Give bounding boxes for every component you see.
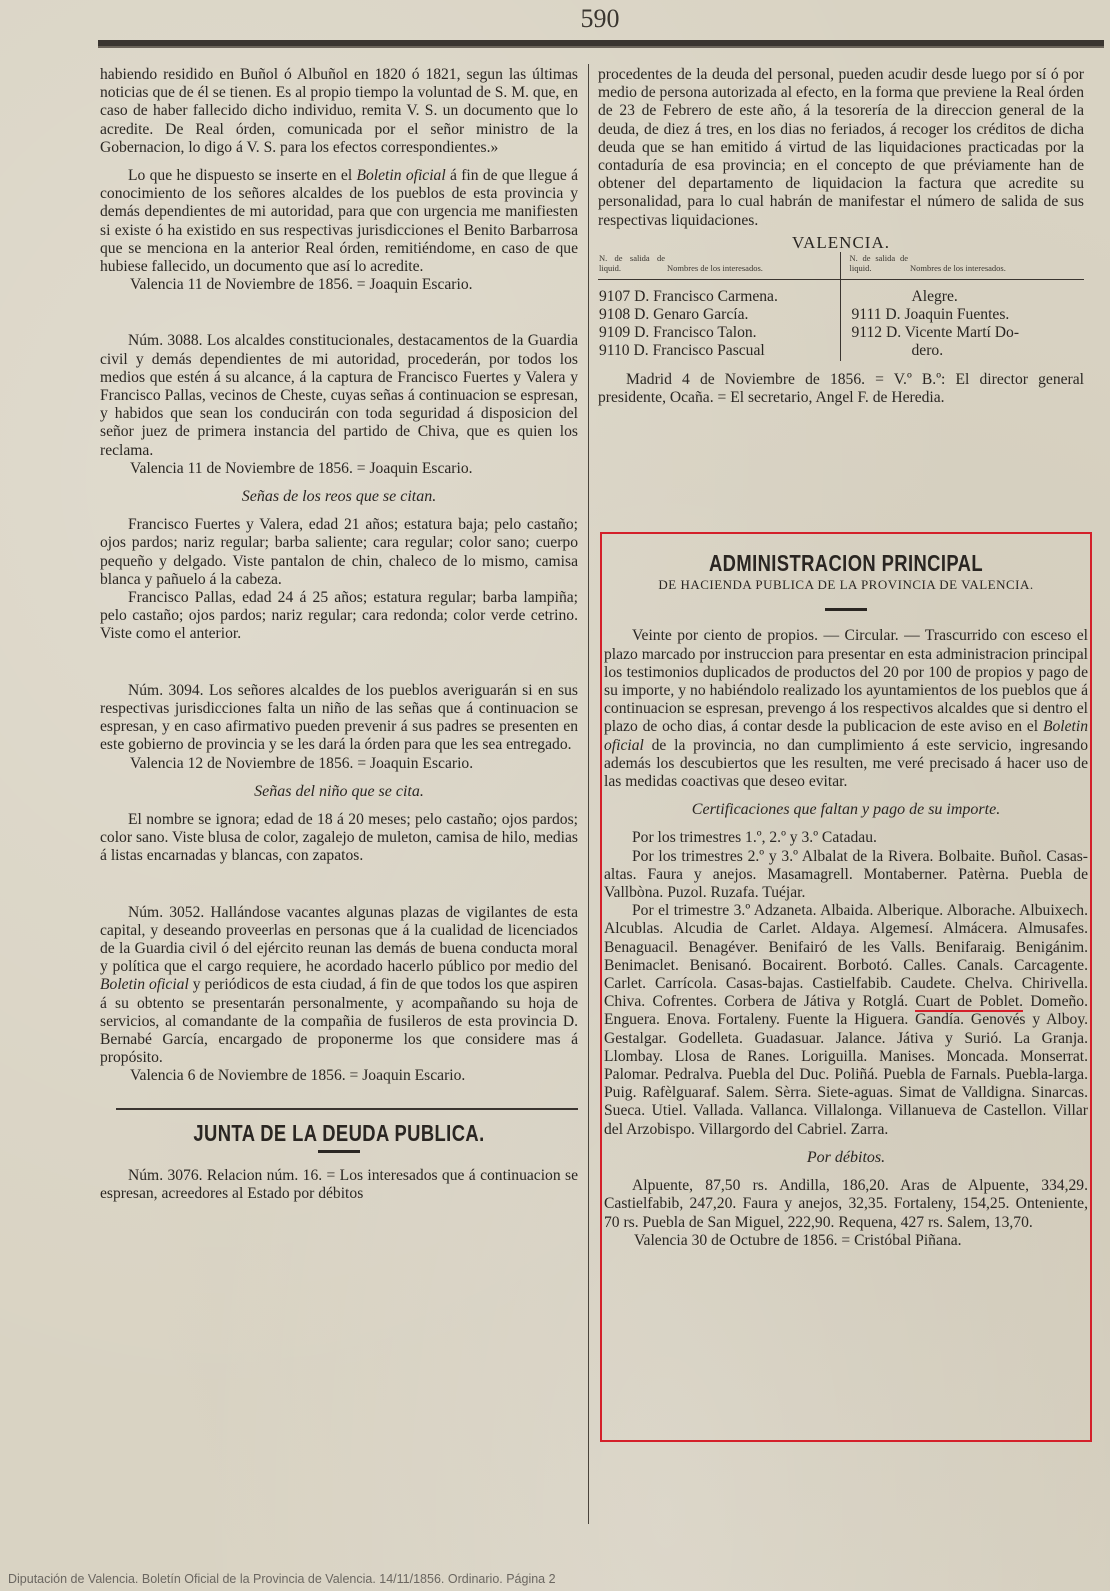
column-divider (588, 64, 589, 1524)
signature-madrid: Madrid 4 de Noviembre de 1856. = V.º B.º… (598, 371, 1084, 407)
section-subtitle: DE HACIENDA PUBLICA DE LA PROVINCIA DE V… (604, 576, 1088, 594)
table-header: N. de salida de liquid. (598, 252, 666, 280)
signature-line: Valencia 6 de Noviembre de 1856. = Joaqu… (100, 1067, 578, 1085)
signature-line: Valencia 30 de Octubre de 1856. = Cristó… (604, 1232, 1088, 1250)
signature-line: Valencia 12 de Noviembre de 1856. = Joaq… (100, 755, 578, 773)
title-underline (825, 608, 867, 611)
description-reo-1: Francisco Fuertes y Valera, edad 21 años… (100, 516, 578, 589)
table-row: 9110 D. Francisco Pascual (599, 342, 839, 360)
city-heading: VALENCIA. (598, 234, 1084, 252)
description-nino: El nombre se ignora; edad de 18 á 20 mes… (100, 811, 578, 866)
trimestres-2-3: Por los trimestres 2.º y 3.º Albalat de … (604, 848, 1088, 903)
title-underline (318, 1150, 360, 1153)
left-column: habiendo residido en Buñol ó Albuñol en … (100, 66, 578, 1203)
section-divider (116, 1108, 578, 1110)
table-header: Nombres de los interesados. (666, 252, 841, 280)
signature-line: Valencia 11 de Noviembre de 1856. = Joaq… (100, 460, 578, 478)
table-header: Nombres de los interesados. (909, 252, 1084, 280)
table-row: 9107 D. Francisco Carmena. (599, 288, 839, 306)
table-row: 9112 D. Vicente Martí Do- (851, 324, 1083, 342)
table-row: 9108 D. Genaro García. (599, 306, 839, 324)
section-title-administracion: ADMINISTRACION PRINCIPAL (652, 554, 1039, 572)
table-row: Alegre. (851, 288, 1083, 306)
paragraph-boletin: Lo que he dispuesto se inserte en el Bol… (100, 167, 578, 276)
paragraph-continuation: procedentes de la deuda del personal, pu… (598, 66, 1084, 230)
notice-3088: Núm. 3088. Los alcaldes constitucionales… (100, 332, 578, 459)
section-heading-debitos: Por débitos. (604, 1149, 1088, 1167)
notice-3076: Núm. 3076. Relacion núm. 16. = Los inter… (100, 1167, 578, 1203)
header-rule (98, 40, 1104, 48)
description-reo-2: Francisco Pallas, edad 24 á 25 años; est… (100, 589, 578, 644)
trimestres-1-2-3: Por los trimestres 1.º, 2.º y 3.º Catada… (604, 829, 1088, 847)
circular-paragraph: Veinte por ciento de propios. — Circular… (604, 627, 1088, 791)
section-heading-certificaciones: Certificaciones que faltan y pago de su … (604, 801, 1088, 819)
trimestre-3: Por el trimestre 3.º Adzaneta. Albaida. … (604, 902, 1088, 1139)
paragraph-continuation: habiendo residido en Buñol ó Albuñol en … (100, 66, 578, 157)
liquidation-table: N. de salida de liquid. Nombres de los i… (598, 252, 1084, 361)
table-row: 9109 D. Francisco Talon. (599, 324, 839, 342)
table-row: dero. (851, 342, 1083, 360)
notice-3052: Núm. 3052. Hallándose vacantes algunas p… (100, 904, 578, 1068)
table-right-block: Alegre. 9111 D. Joaquin Fuentes. 9112 D.… (841, 280, 1084, 362)
section-heading-senas-nino: Señas del niño que se cita. (100, 783, 578, 801)
signature-line: Valencia 11 de Noviembre de 1856. = Joaq… (100, 276, 578, 294)
table-header: N. de salida de liquid. (841, 252, 909, 280)
table-left-block: 9107 D. Francisco Carmena. 9108 D. Genar… (598, 280, 841, 362)
section-title-junta: JUNTA DE LA DEUDA PUBLICA. (148, 1124, 530, 1142)
section-heading-senas-reos: Señas de los reos que se citan. (100, 488, 578, 506)
debitos-list: Alpuente, 87,50 rs. Andilla, 186,20. Ara… (604, 1177, 1088, 1232)
table-row: 9111 D. Joaquin Fuentes. (851, 306, 1083, 324)
highlighted-town: Cuart de Poblet. (915, 993, 1023, 1012)
right-column: procedentes de la deuda del personal, pu… (598, 66, 1084, 407)
notice-3094: Núm. 3094. Los señores alcaldes de los p… (100, 682, 578, 755)
footer-citation: Diputación de Valencia. Boletín Oficial … (8, 1572, 556, 1586)
administracion-section: ADMINISTRACION PRINCIPAL DE HACIENDA PUB… (604, 548, 1088, 1250)
page-number: 590 (575, 4, 625, 34)
